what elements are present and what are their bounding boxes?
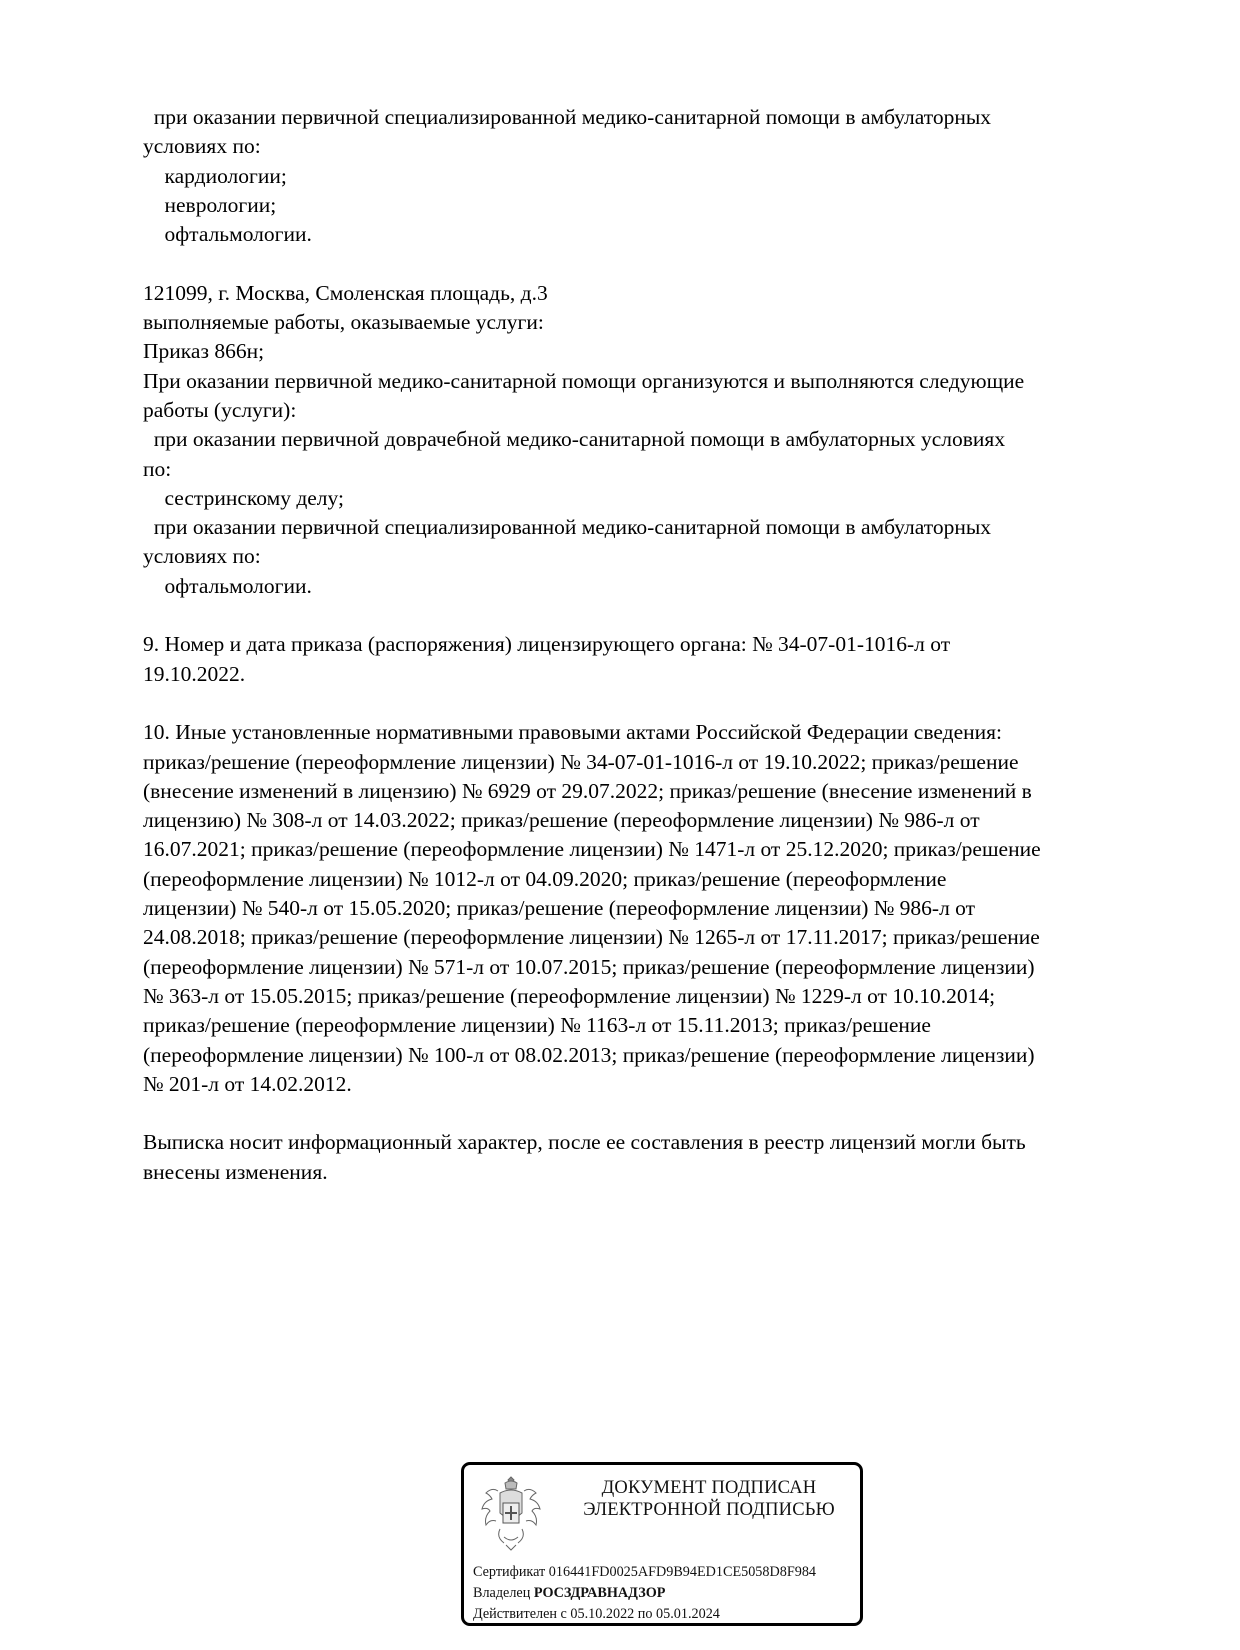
text-line: внесены изменения. xyxy=(143,1158,1143,1187)
paragraph-gap xyxy=(143,689,1143,718)
text-line: условиях по: xyxy=(143,132,1143,161)
validity-row: Действителен с 05.10.2022 по 05.01.2024 xyxy=(473,1604,816,1625)
paragraph-gap xyxy=(143,249,1143,278)
text-line: работы (услуги): xyxy=(143,396,1143,425)
text-line: (переоформление лицензии) № 100-л от 08.… xyxy=(143,1041,1143,1070)
text-line: по: xyxy=(143,455,1143,484)
document-body: при оказании первичной специализированно… xyxy=(143,103,1143,1187)
paragraph-gap xyxy=(143,1099,1143,1128)
text-line: неврологии; xyxy=(143,191,1143,220)
valid-from-prefix: с xyxy=(561,1606,567,1622)
text-line: Приказ 866н; xyxy=(143,337,1143,366)
stamp-info: Сертификат 016441FD0025AFD9B94ED1CE5058D… xyxy=(473,1562,816,1625)
valid-to-prefix: по xyxy=(638,1606,653,1622)
text-line: № 363-л от 15.05.2015; приказ/решение (п… xyxy=(143,982,1143,1011)
text-line: 19.10.2022. xyxy=(143,660,1143,689)
valid-from: 05.10.2022 xyxy=(570,1606,634,1622)
double-headed-eagle-emblem-icon xyxy=(478,1473,544,1553)
text-line: 9. Номер и дата приказа (распоряжения) л… xyxy=(143,630,1143,659)
text-line: 10. Иные установленные нормативными прав… xyxy=(143,718,1143,747)
certificate-label: Сертификат xyxy=(473,1564,545,1580)
valid-to: 05.01.2024 xyxy=(656,1606,720,1622)
text-line: офтальмологии. xyxy=(143,572,1143,601)
owner-row: Владелец РОСЗДРАВНАДЗОР xyxy=(473,1583,816,1604)
text-line: кардиологии; xyxy=(143,162,1143,191)
owner-label: Владелец xyxy=(473,1585,530,1601)
text-line: 16.07.2021; приказ/решение (переоформлен… xyxy=(143,835,1143,864)
electronic-signature-stamp: ДОКУМЕНТ ПОДПИСАН ЭЛЕКТРОННОЙ ПОДПИСЬЮ С… xyxy=(461,1462,863,1626)
text-line: условиях по: xyxy=(143,542,1143,571)
text-line: выполняемые работы, оказываемые услуги: xyxy=(143,308,1143,337)
text-line: (внесение изменений в лицензию) № 6929 о… xyxy=(143,777,1143,806)
text-line: № 201-л от 14.02.2012. xyxy=(143,1070,1143,1099)
text-line: Выписка носит информационный характер, п… xyxy=(143,1128,1143,1157)
text-line: (переоформление лицензии) № 1012-л от 04… xyxy=(143,865,1143,894)
text-line: (переоформление лицензии) № 571-л от 10.… xyxy=(143,953,1143,982)
paragraph-gap xyxy=(143,601,1143,630)
text-line: при оказании первичной специализированно… xyxy=(143,103,1143,132)
certificate-row: Сертификат 016441FD0025AFD9B94ED1CE5058D… xyxy=(473,1562,816,1583)
stamp-title-line1: ДОКУМЕНТ ПОДПИСАН xyxy=(564,1477,854,1499)
stamp-title: ДОКУМЕНТ ПОДПИСАН ЭЛЕКТРОННОЙ ПОДПИСЬЮ xyxy=(564,1477,854,1521)
text-line: лицензию) № 308-л от 14.03.2022; приказ/… xyxy=(143,806,1143,835)
text-line: 24.08.2018; приказ/решение (переоформлен… xyxy=(143,923,1143,952)
valid-label: Действителен xyxy=(473,1606,557,1622)
owner-value: РОСЗДРАВНАДЗОР xyxy=(534,1585,666,1601)
text-line: при оказании первичной специализированно… xyxy=(143,513,1143,542)
text-line: приказ/решение (переоформление лицензии)… xyxy=(143,1011,1143,1040)
certificate-value: 016441FD0025AFD9B94ED1CE5058D8F984 xyxy=(549,1564,816,1580)
text-line: сестринскому делу; xyxy=(143,484,1143,513)
text-line: При оказании первичной медико-санитарной… xyxy=(143,367,1143,396)
text-line: приказ/решение (переоформление лицензии)… xyxy=(143,748,1143,777)
text-line: лицензии) № 540-л от 15.05.2020; приказ/… xyxy=(143,894,1143,923)
text-line: 121099, г. Москва, Смоленская площадь, д… xyxy=(143,279,1143,308)
stamp-title-line2: ЭЛЕКТРОННОЙ ПОДПИСЬЮ xyxy=(564,1499,854,1521)
text-line: офтальмологии. xyxy=(143,220,1143,249)
text-line: при оказании первичной доврачебной медик… xyxy=(143,425,1143,454)
